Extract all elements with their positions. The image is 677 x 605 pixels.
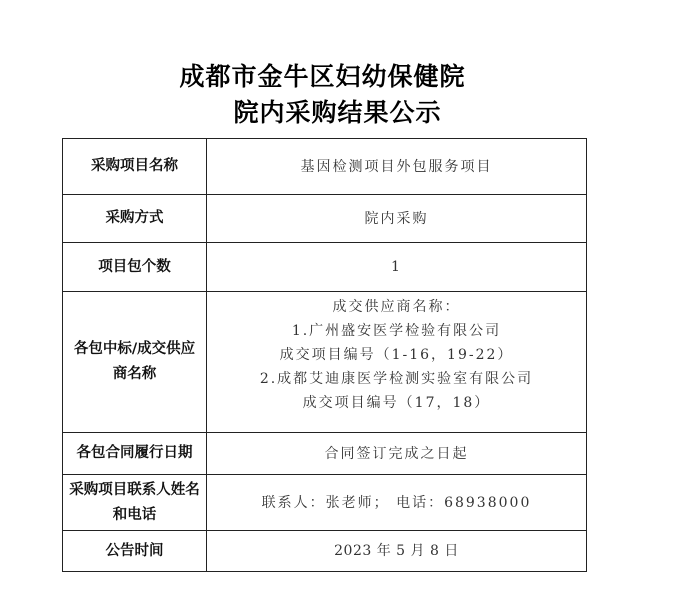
value-procurement-method: 院内采购: [207, 195, 587, 243]
label-package-count: 项目包个数: [63, 243, 207, 292]
supplier-2-name: 2.成都艾迪康医学检测实验室有限公司: [207, 367, 586, 391]
label-contract-date: 各包合同履行日期: [63, 433, 207, 475]
procurement-result-table: 采购项目名称 基因检测项目外包服务项目 采购方式 院内采购 项目包个数 1 各包…: [62, 138, 587, 572]
value-announce-date: 2023 年 5 月 8 日: [207, 531, 587, 572]
table-row-project-name: 采购项目名称 基因检测项目外包服务项目: [63, 139, 587, 195]
value-contact: 联系人：张老师； 电话：68938000: [207, 475, 587, 531]
document-title-line1: 成都市金牛区妇幼保健院: [0, 57, 661, 93]
label-project-name: 采购项目名称: [63, 139, 207, 195]
label-procurement-method: 采购方式: [63, 195, 207, 243]
table-row-contract-date: 各包合同履行日期 合同签订完成之日起: [63, 433, 587, 475]
supplier-1-items: 成交项目编号（1-16，19-22）: [207, 343, 586, 367]
table-row-announce-date: 公告时间 2023 年 5 月 8 日: [63, 531, 587, 572]
table-row-suppliers: 各包中标/成交供应商名称 成交供应商名称： 1.广州盛安医学检验有限公司 成交项…: [63, 292, 587, 433]
label-contact: 采购项目联系人姓名和电话: [63, 475, 207, 531]
value-suppliers: 成交供应商名称： 1.广州盛安医学检验有限公司 成交项目编号（1-16，19-2…: [207, 292, 587, 433]
table-row-procurement-method: 采购方式 院内采购: [63, 195, 587, 243]
value-contract-date: 合同签订完成之日起: [207, 433, 587, 475]
value-project-name: 基因检测项目外包服务项目: [207, 139, 587, 195]
value-package-count: 1: [207, 243, 587, 292]
label-suppliers: 各包中标/成交供应商名称: [63, 292, 207, 433]
table-row-package-count: 项目包个数 1: [63, 243, 587, 292]
supplier-2-items: 成交项目编号（17，18）: [207, 391, 586, 415]
supplier-heading: 成交供应商名称：: [207, 295, 586, 319]
supplier-1-name: 1.广州盛安医学检验有限公司: [207, 319, 586, 343]
table-row-contact: 采购项目联系人姓名和电话 联系人：张老师； 电话：68938000: [63, 475, 587, 531]
document-title-line2: 院内采购结果公示: [0, 93, 676, 129]
label-announce-date: 公告时间: [63, 531, 207, 572]
